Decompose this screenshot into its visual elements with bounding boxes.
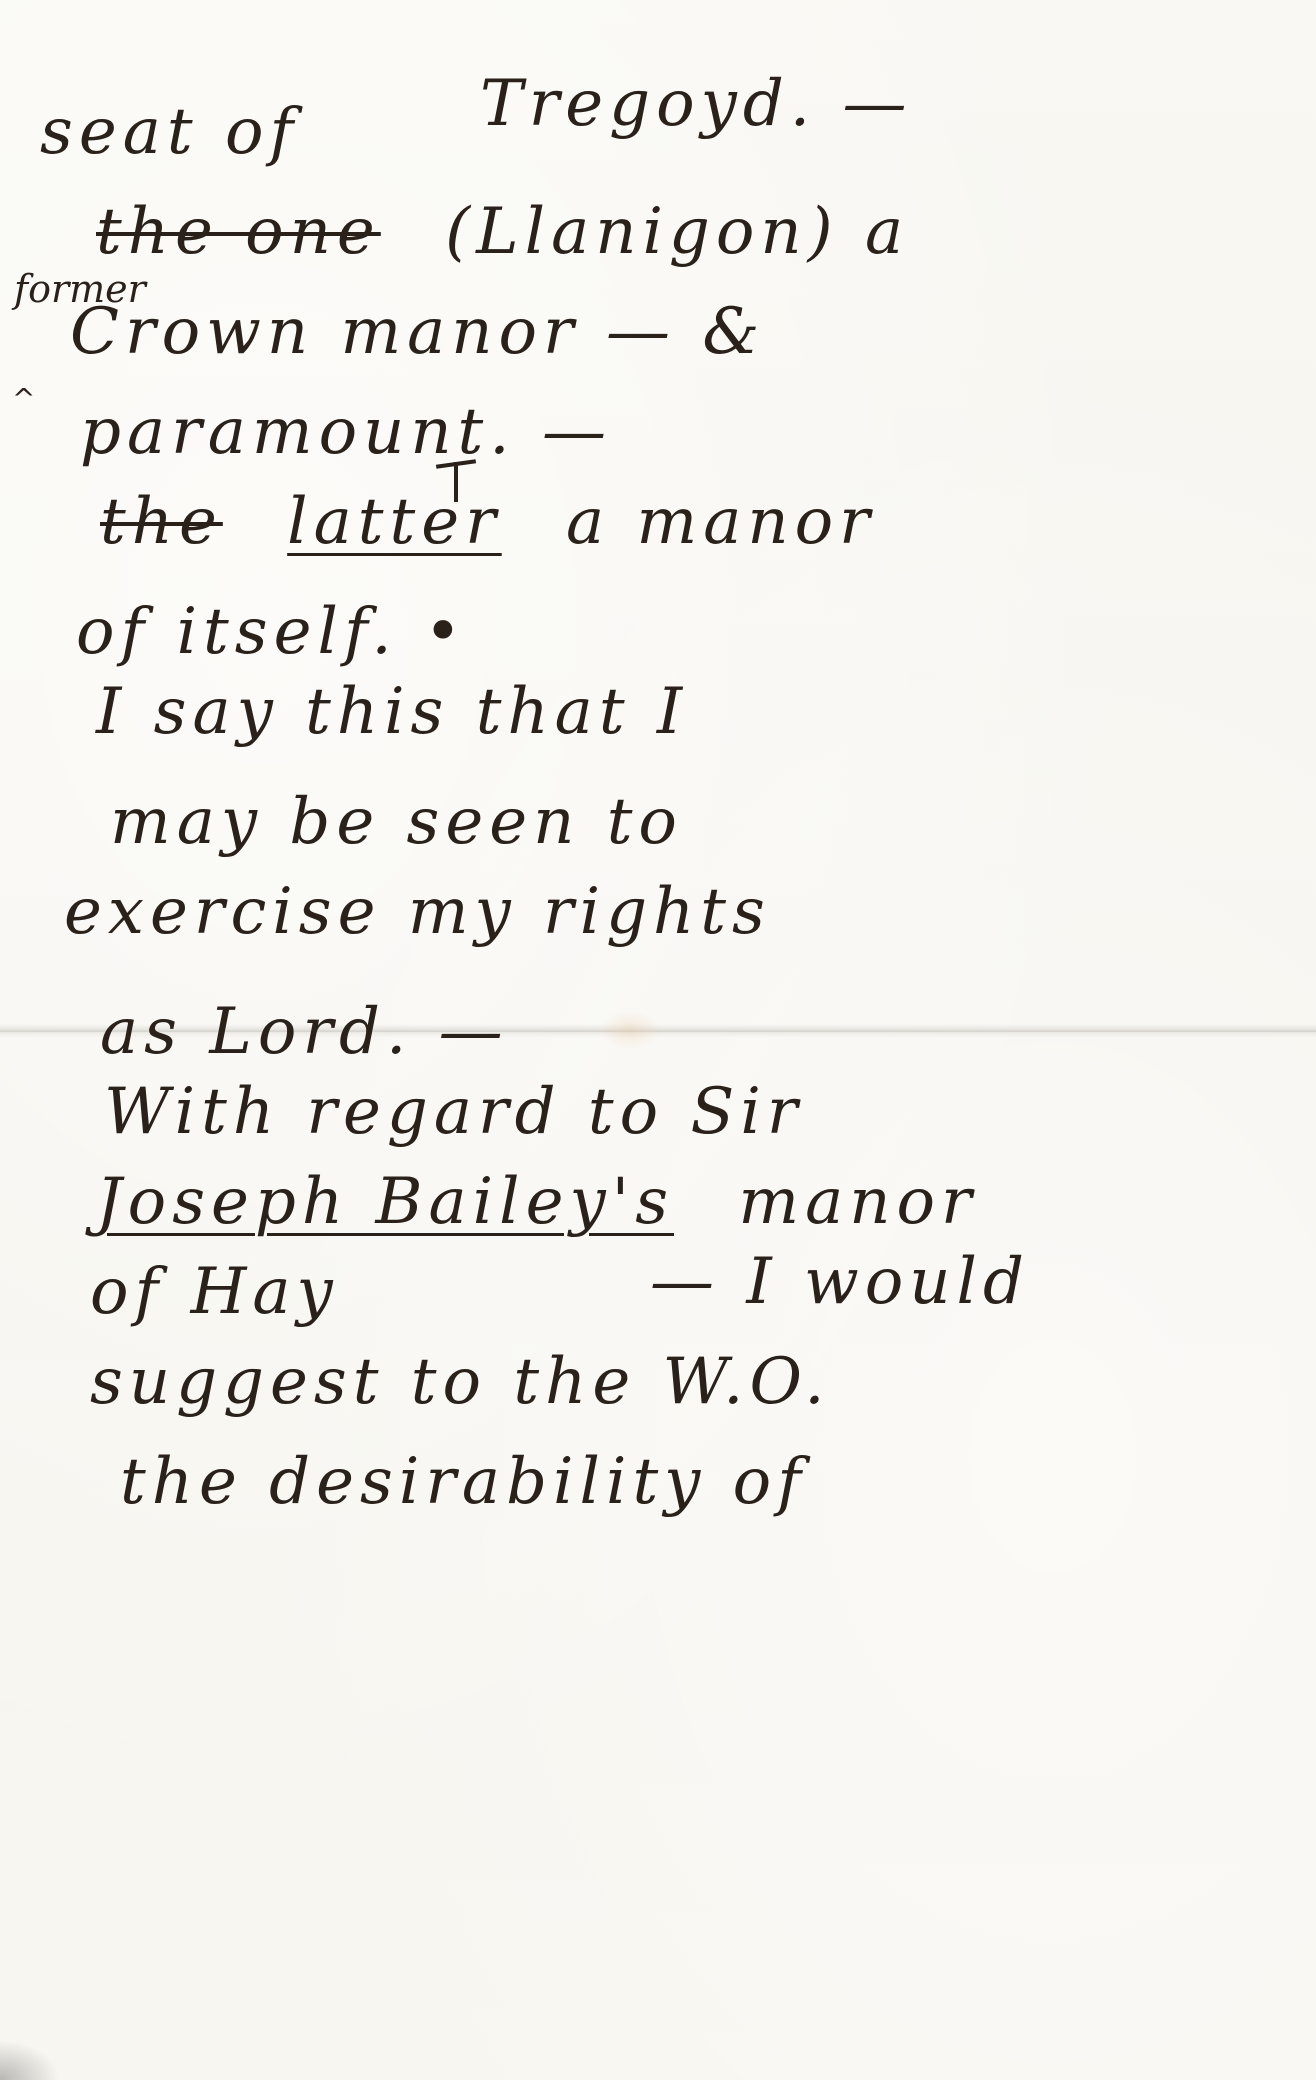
- paper-stain: [600, 1010, 660, 1050]
- line-text: the desirability of: [120, 1445, 807, 1519]
- caret-glyph: ^: [12, 382, 35, 415]
- handwritten-line: of itself. •: [76, 600, 468, 664]
- handwritten-line: as Lord. —: [100, 1000, 509, 1064]
- line-text: I say this that I: [96, 675, 688, 749]
- underlined-name: Joseph Bailey's: [96, 1170, 674, 1234]
- handwritten-line: — I would: [650, 1250, 1030, 1314]
- handwritten-line: the desirability of: [120, 1450, 807, 1514]
- handwritten-line: Tregoyd. —: [480, 72, 912, 136]
- underlined-text: latter: [287, 490, 502, 554]
- struck-through-text: the one: [96, 200, 381, 264]
- line-text: Crown manor — &: [70, 295, 765, 369]
- handwritten-line: Joseph Bailey's manor: [96, 1170, 978, 1234]
- line-text: of itself. •: [76, 595, 468, 669]
- line-text: (Llanigon) a: [445, 195, 909, 269]
- letter-page: seat of Tregoyd. — the one (Llanigon) a …: [0, 0, 1316, 2080]
- line-text: seat of: [40, 100, 299, 164]
- handwritten-line: may be seen to: [110, 790, 683, 854]
- handwritten-line: suggest to the W.O.: [90, 1350, 831, 1414]
- line-text: With regard to Sir: [104, 1075, 803, 1149]
- handwritten-line: Crown manor — &: [70, 300, 765, 364]
- line-text: paramount. —: [80, 395, 612, 469]
- line-text: may be seen to: [110, 785, 683, 859]
- handwritten-line: exercise my rights: [64, 880, 771, 944]
- scan-edge-shadow: [0, 2040, 60, 2080]
- handwritten-line: paramount. —: [80, 400, 612, 464]
- line-text: — I would: [650, 1245, 1030, 1319]
- line-text: manor: [738, 1165, 977, 1239]
- line-text: exercise my rights: [64, 875, 771, 949]
- line-text: as Lord. —: [100, 995, 509, 1069]
- handwritten-line: the latter a manor: [100, 490, 876, 554]
- line-text: of Hay: [90, 1260, 339, 1324]
- handwritten-line: I say this that I: [96, 680, 688, 744]
- line-text: suggest to the W.O.: [90, 1345, 831, 1419]
- handwritten-line: of Hay: [90, 1260, 377, 1324]
- handwritten-line: seat of: [40, 100, 337, 164]
- line-text: a manor: [566, 485, 876, 559]
- handwritten-line: the one (Llanigon) a: [96, 200, 909, 264]
- handwritten-line: With regard to Sir: [104, 1080, 803, 1144]
- line-text-place-name: Tregoyd. —: [480, 67, 912, 141]
- struck-through-text: the: [100, 490, 223, 554]
- caret-insertion-mark: ^: [12, 385, 35, 413]
